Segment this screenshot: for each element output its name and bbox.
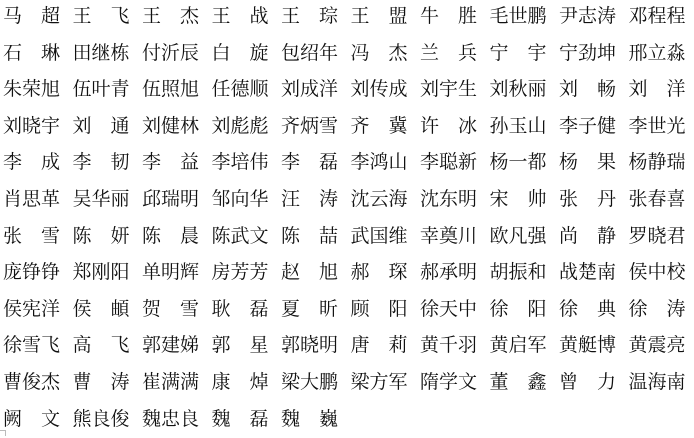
person-name: 刘 通 <box>73 111 143 141</box>
person-name: 宁 宇 <box>490 38 560 68</box>
name-row: 刘晓宇刘 通刘健林刘彪彪齐炳雪齐 冀许 冰孙玉山李子健李世光 <box>3 111 694 141</box>
person-name: 单明辉 <box>142 257 212 287</box>
person-name: 魏忠良 <box>142 404 212 434</box>
person-name: 邓程程 <box>629 1 694 31</box>
person-name: 刘健林 <box>142 111 212 141</box>
person-name: 伍照旭 <box>142 74 212 104</box>
person-name: 黄艇博 <box>559 330 629 360</box>
name-row: 曹俊杰曹 涛崔满满康 焯梁大鹏梁方军隋学文董 鑫曾 力温海南 <box>3 367 694 397</box>
page-corner-mark <box>0 430 6 436</box>
person-name: 李世光 <box>629 111 694 141</box>
person-name: 曾 力 <box>559 367 629 397</box>
person-name: 刘成洋 <box>281 74 351 104</box>
person-name: 刘宇生 <box>420 74 490 104</box>
person-name: 侯中校 <box>629 257 694 287</box>
person-name: 梁大鹏 <box>281 367 351 397</box>
person-name: 邹向华 <box>212 184 282 214</box>
person-name: 梁方军 <box>351 367 421 397</box>
name-row: 庞铮铮郑刚阳单明辉房芳芳赵 旭郝 琛郝承明胡振和战楚南侯中校 <box>3 257 694 287</box>
person-name: 郭 星 <box>212 330 282 360</box>
person-name: 田继栋 <box>73 38 143 68</box>
person-name: 李聪新 <box>420 147 490 177</box>
person-name: 徐雪飞 <box>3 330 73 360</box>
person-name: 杨静瑞 <box>629 147 694 177</box>
person-name: 幸奠川 <box>420 221 490 251</box>
person-name: 曹俊杰 <box>3 367 73 397</box>
person-name: 付沂辰 <box>142 38 212 68</box>
person-name: 武国维 <box>351 221 421 251</box>
person-name: 董 鑫 <box>490 367 560 397</box>
person-name: 石 琳 <box>3 38 73 68</box>
person-name: 李培伟 <box>212 147 282 177</box>
person-name: 刘秋丽 <box>490 74 560 104</box>
person-name: 冯 杰 <box>351 38 421 68</box>
name-row: 马 超王 飞王 杰王 战王 琮王 盟牛 胜毛世鹏尹志涛邓程程 <box>3 1 694 31</box>
person-name: 庞铮铮 <box>3 257 73 287</box>
person-name: 孙玉山 <box>490 111 560 141</box>
person-name: 胡振和 <box>490 257 560 287</box>
person-name: 李鸿山 <box>351 147 421 177</box>
person-name: 郭晓明 <box>281 330 351 360</box>
person-name: 夏 昕 <box>281 294 351 324</box>
person-name: 陈武文 <box>212 221 282 251</box>
person-name: 李 成 <box>3 147 73 177</box>
person-name: 曹 涛 <box>73 367 143 397</box>
person-name: 尹志涛 <box>559 1 629 31</box>
person-name: 刘晓宇 <box>3 111 73 141</box>
person-name: 顾 阳 <box>351 294 421 324</box>
person-name: 吴华丽 <box>73 184 143 214</box>
person-name: 崔满满 <box>142 367 212 397</box>
person-name: 齐 冀 <box>351 111 421 141</box>
person-name: 沈东明 <box>420 184 490 214</box>
person-name: 刘彪彪 <box>212 111 282 141</box>
person-name: 白 旋 <box>212 38 282 68</box>
person-name: 黄启军 <box>490 330 560 360</box>
person-name: 邱瑞明 <box>142 184 212 214</box>
person-name: 侯 頔 <box>73 294 143 324</box>
person-name: 李 益 <box>142 147 212 177</box>
person-name: 黄震亮 <box>629 330 694 360</box>
person-name: 唐 莉 <box>351 330 421 360</box>
person-name: 张 丹 <box>559 184 629 214</box>
person-name: 张春喜 <box>629 184 694 214</box>
person-name: 郝承明 <box>420 257 490 287</box>
person-name: 徐 阳 <box>490 294 560 324</box>
person-name: 沈云海 <box>351 184 421 214</box>
person-name: 邢立淼 <box>629 38 694 68</box>
person-name: 徐天中 <box>420 294 490 324</box>
person-name: 李子健 <box>559 111 629 141</box>
person-name: 刘 洋 <box>629 74 694 104</box>
person-name: 王 琮 <box>281 1 351 31</box>
person-name: 陈 晨 <box>142 221 212 251</box>
person-name: 贺 雪 <box>142 294 212 324</box>
person-name: 郭建娣 <box>142 330 212 360</box>
name-row: 侯宪洋侯 頔贺 雪耿 磊夏 昕顾 阳徐天中徐 阳徐 典徐 涛 <box>3 294 694 324</box>
person-name: 隋学文 <box>420 367 490 397</box>
person-name: 齐炳雪 <box>281 111 351 141</box>
person-name: 刘传成 <box>351 74 421 104</box>
person-name: 赵 旭 <box>281 257 351 287</box>
person-name: 徐 涛 <box>629 294 694 324</box>
name-row: 阙 文熊良俊魏忠良魏 磊魏 巍 <box>3 404 351 434</box>
person-name: 熊良俊 <box>73 404 143 434</box>
person-name: 刘 畅 <box>559 74 629 104</box>
person-name: 欧凡强 <box>490 221 560 251</box>
person-name: 宋 帅 <box>490 184 560 214</box>
person-name: 王 战 <box>212 1 282 31</box>
person-name: 郑刚阳 <box>73 257 143 287</box>
person-name: 温海南 <box>629 367 694 397</box>
person-name: 陈 喆 <box>281 221 351 251</box>
name-row: 石 琳田继栋付沂辰白 旋包绍年冯 杰兰 兵宁 宇宁劲坤邢立淼 <box>3 38 694 68</box>
person-name: 黄千羽 <box>420 330 490 360</box>
person-name: 李 磊 <box>281 147 351 177</box>
person-name: 战楚南 <box>559 257 629 287</box>
person-name: 包绍年 <box>281 38 351 68</box>
person-name: 许 冰 <box>420 111 490 141</box>
person-name: 王 盟 <box>351 1 421 31</box>
person-name: 尚 静 <box>559 221 629 251</box>
person-name: 魏 巍 <box>281 404 351 434</box>
person-name: 侯宪洋 <box>3 294 73 324</box>
person-name: 肖思革 <box>3 184 73 214</box>
person-name: 高 飞 <box>73 330 143 360</box>
person-name: 徐 典 <box>559 294 629 324</box>
person-name: 宁劲坤 <box>559 38 629 68</box>
name-row: 肖思革吴华丽邱瑞明邹向华汪 涛沈云海沈东明宋 帅张 丹张春喜 <box>3 184 694 214</box>
person-name: 罗晓君 <box>629 221 694 251</box>
person-name: 李 韧 <box>73 147 143 177</box>
name-row: 李 成李 韧李 益李培伟李 磊李鸿山李聪新杨一都杨 果杨静瑞 <box>3 147 694 177</box>
name-row: 张 雪陈 妍陈 晨陈武文陈 喆武国维幸奠川欧凡强尚 静罗晓君 <box>3 221 694 251</box>
document-page: 马 超王 飞王 杰王 战王 琮王 盟牛 胜毛世鹏尹志涛邓程程石 琳田继栋付沂辰白… <box>0 0 694 438</box>
person-name: 毛世鹏 <box>490 1 560 31</box>
person-name: 张 雪 <box>3 221 73 251</box>
person-name: 阙 文 <box>3 404 73 434</box>
person-name: 马 超 <box>3 1 73 31</box>
person-name: 伍叶青 <box>73 74 143 104</box>
name-row: 朱荣旭伍叶青伍照旭任德顺刘成洋刘传成刘宇生刘秋丽刘 畅刘 洋 <box>3 74 694 104</box>
person-name: 汪 涛 <box>281 184 351 214</box>
person-name: 王 飞 <box>73 1 143 31</box>
person-name: 魏 磊 <box>212 404 282 434</box>
person-name: 王 杰 <box>142 1 212 31</box>
person-name: 郝 琛 <box>351 257 421 287</box>
person-name: 朱荣旭 <box>3 74 73 104</box>
person-name: 康 焯 <box>212 367 282 397</box>
person-name: 牛 胜 <box>420 1 490 31</box>
person-name: 杨 果 <box>559 147 629 177</box>
name-row: 徐雪飞高 飞郭建娣郭 星郭晓明唐 莉黄千羽黄启军黄艇博黄震亮 <box>3 330 694 360</box>
person-name: 耿 磊 <box>212 294 282 324</box>
person-name: 杨一都 <box>490 147 560 177</box>
person-name: 房芳芳 <box>212 257 282 287</box>
person-name: 兰 兵 <box>420 38 490 68</box>
person-name: 陈 妍 <box>73 221 143 251</box>
person-name: 任德顺 <box>212 74 282 104</box>
